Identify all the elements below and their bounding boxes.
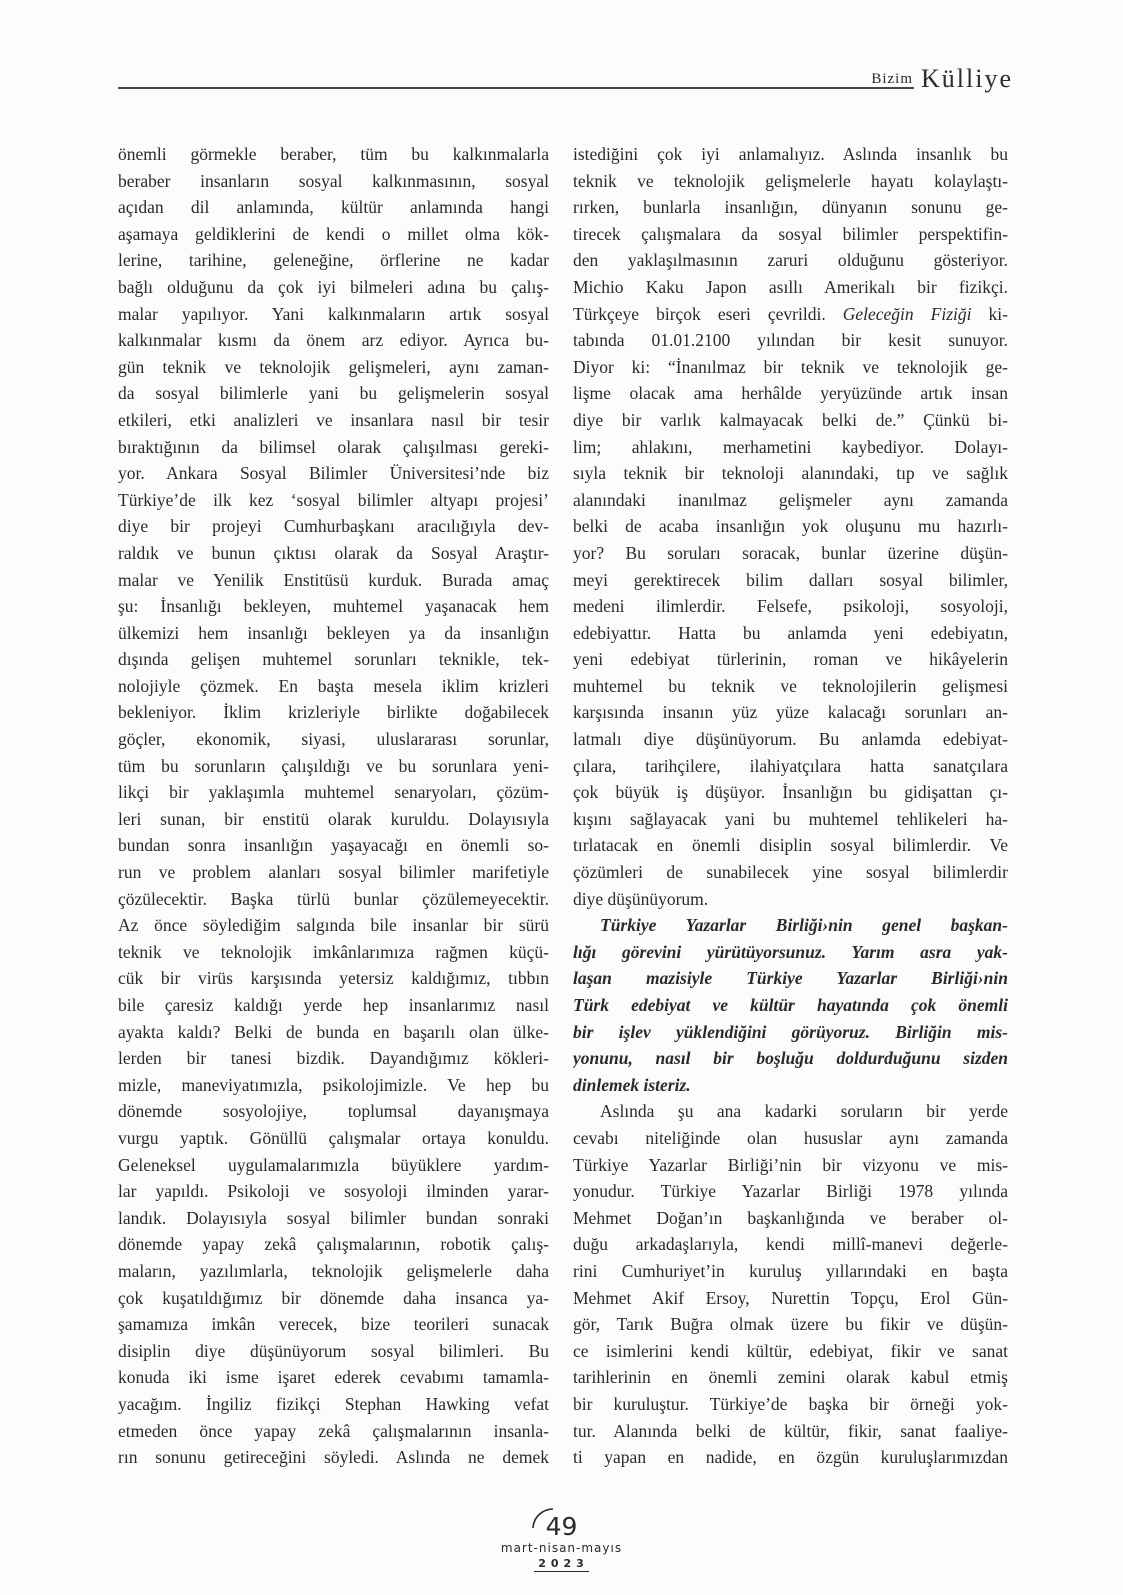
text-line: yor? Bu soruları soracak, bunlar üzerine… — [573, 540, 1008, 567]
text-line: tarihlerinin en önemli zemini olarak kab… — [573, 1364, 1008, 1391]
paragraph-block: Türkiye Yazarlar Birliği›nin genel başka… — [573, 912, 1008, 1098]
text-line: Az önce söylediğim salgında bile insanla… — [118, 912, 549, 939]
text-line: lerden bir tanesi bizdik. Dayandığımız k… — [118, 1045, 549, 1072]
header-rule — [118, 87, 914, 89]
text-line: Mehmet Doğan’ın başkanlığında ve beraber… — [573, 1205, 1008, 1232]
text-line: önemli görmekle beraber, tüm bu kalkınma… — [118, 141, 549, 168]
text-line: edebiyattır. Hatta bu anlamda yeni edebi… — [573, 620, 1008, 647]
text-line: çok kuşatıldığımız bir dönemde daha insa… — [118, 1285, 549, 1312]
paragraph-block: Aslında şu ana kadarki soruların bir yer… — [573, 1098, 1008, 1470]
text-line: yacağım. İngiliz fizikçi Stephan Hawking… — [118, 1391, 549, 1418]
text-line: laşan mazisiyle Türkiye Yazarlar Birliği… — [573, 965, 1008, 992]
text-line: alanındaki inanılmaz gelişmeler aynı zam… — [573, 487, 1008, 514]
text-line: lığı görevini yürütüyorsunuz. Yarım asra… — [573, 939, 1008, 966]
text-line: teknik ve teknolojik gelişmelerle hayatı… — [573, 168, 1008, 195]
text-line: medeni ilimlerdir. Felsefe, psikoloji, s… — [573, 593, 1008, 620]
text-line: Mehmet Akif Ersoy, Nurettin Topçu, Erol … — [573, 1285, 1008, 1312]
text-line: etmeden önce yapay zekâ çalışmalarının i… — [118, 1418, 549, 1445]
text-line: diye düşünüyorum. — [573, 886, 1008, 913]
text-line: yor. Ankara Sosyal Bilimler Üniversitesi… — [118, 460, 549, 487]
text-line: diye bir projeyi Cumhurbaşkanı aracılığı… — [118, 513, 549, 540]
right-column: istediğini çok iyi anlamalıyız. Aslında … — [573, 141, 1008, 1471]
text-line: konuda iki isme işaret ederek cevabımı t… — [118, 1364, 549, 1391]
text-line: bekleniyor. İklim krizleriyle birlikte d… — [118, 699, 549, 726]
issue-year: 2023 — [534, 1557, 589, 1572]
text-line: Diyor ki: “İnanılmaz bir teknik ve tekno… — [573, 354, 1008, 381]
text-line: lar yapıldı. Psikoloji ve sosyoloji ilmi… — [118, 1178, 549, 1205]
text-line: sıyla teknik bir teknoloji alanındaki, t… — [573, 460, 1008, 487]
text-line: Türk edebiyat ve kültür hayatında çok ön… — [573, 992, 1008, 1019]
brand-kulliye-label: Külliye — [921, 64, 1013, 94]
text-line: cevabı niteliğinde olan hususlar aynı za… — [573, 1125, 1008, 1152]
text-line: da sosyal bilimlerle yani bu gelişmeleri… — [118, 380, 549, 407]
text-line: yonudur. Türkiye Yazarlar Birliği 1978 y… — [573, 1178, 1008, 1205]
text-line: den yaklaşılmasının zaruri olduğunu göst… — [573, 247, 1008, 274]
text-line: kışını sağlayacak yani bu muhtemel tehli… — [573, 806, 1008, 833]
text-line: şu: İnsanlığı bekleyen, muhtemel yaşanac… — [118, 593, 549, 620]
text-line: lişme olacak ama herhâlde yeryüzünde art… — [573, 380, 1008, 407]
text-line: ti yapan en nadide, en özgün kuruluşları… — [573, 1444, 1008, 1471]
text-line: çözümleri de sunabilecek yine sosyal bil… — [573, 859, 1008, 886]
text-line: bundan sonra insanlığın yaşayacağı en ön… — [118, 832, 549, 859]
text-line: açıdan dil anlamında, kültür anlamında h… — [118, 194, 549, 221]
text-line: gör, Tarık Buğra olmak üzere bu fikir ve… — [573, 1311, 1008, 1338]
text-line: Geleneksel uygulamalarımızla büyüklere y… — [118, 1152, 549, 1179]
text-line: çok büyük iş düşüyor. İnsanlığın bu gidi… — [573, 779, 1008, 806]
text-line: mizle, maneviyatımızla, psikolojimizle. … — [118, 1072, 549, 1099]
magazine-page: Bizim Külliye önemli görmekle beraber, t… — [0, 0, 1123, 1595]
text-line: diye bir varlık kalmayacak belki de.” Çü… — [573, 407, 1008, 434]
text-line: raldık ve bunun çıktısı olarak da Sosyal… — [118, 540, 549, 567]
text-line: Türkiye Yazarlar Birliği’nin bir vizyonu… — [573, 1152, 1008, 1179]
left-column: önemli görmekle beraber, tüm bu kalkınma… — [118, 141, 549, 1471]
text-line: bir işlev yüklendiğini görüyoruz. Birliğ… — [573, 1019, 1008, 1046]
text-columns: önemli görmekle beraber, tüm bu kalkınma… — [118, 141, 1008, 1471]
text-line: latmalı diye düşünüyorum. Bu anlamda ede… — [573, 726, 1008, 753]
text-line: nolojiyle çözmek. En başta mesela iklim … — [118, 673, 549, 700]
text-line: tur. Alanında belki de kültür, fikir, sa… — [573, 1418, 1008, 1445]
text-line: bağlı olduğunu da çok iyi bilmeleri adın… — [118, 274, 549, 301]
text-line: Michio Kaku Japon asıllı Amerikalı bir f… — [573, 274, 1008, 301]
text-line: bile çaresiz kaldığı yerde hep insanları… — [118, 992, 549, 1019]
text-line: aşamaya geldiklerini de kendi o millet o… — [118, 221, 549, 248]
text-line: meyi gerektirecek bilim dalları sosyal b… — [573, 567, 1008, 594]
text-line: ülkemizi hem insanlığı bekleyen ya da in… — [118, 620, 549, 647]
text-line: teknik ve teknolojik imkânlarımıza rağme… — [118, 939, 549, 966]
text-line: yeni edebiyat türlerinin, roman ve hikây… — [573, 646, 1008, 673]
text-line: bir kuruluştur. Türkiye’de başka bir örn… — [573, 1391, 1008, 1418]
text-line: ayakta kaldı? Belki de bunda en başarılı… — [118, 1019, 549, 1046]
text-line: disiplin diye düşünüyorum sosyal bilimle… — [118, 1338, 549, 1365]
text-line: lim; ahlakını, merhametini kaybediyor. D… — [573, 434, 1008, 461]
text-line: şamamıza imkân verecek, bize teorileri s… — [118, 1311, 549, 1338]
text-line: tüm bu sorunların çalışıldığı ve bu soru… — [118, 753, 549, 780]
text-line: Aslında şu ana kadarki soruların bir yer… — [573, 1098, 1008, 1125]
text-line: leri sunan, bir enstitü olarak kuruldu. … — [118, 806, 549, 833]
text-line: duğu arkadaşlarıyla, kendi millî-manevi … — [573, 1231, 1008, 1258]
brand-bizim-label: Bizim — [871, 71, 913, 88]
text-line: göçler, ekonomik, siyasi, uluslararası s… — [118, 726, 549, 753]
text-line: malar ve Yenilik Enstitüsü kurduk. Burad… — [118, 567, 549, 594]
text-line: çılara, tarihçilere, ilahiyatçılara hatt… — [573, 753, 1008, 780]
paragraph-block: önemli görmekle beraber, tüm bu kalkınma… — [118, 141, 549, 1471]
text-line: Türkiye’de ilk kez ‘sosyal bilimler alty… — [118, 487, 549, 514]
text-line: etkileri, etki analizleri ve insanlara n… — [118, 407, 549, 434]
text-line: dinlemek isteriz. — [573, 1072, 1008, 1099]
text-line: bıraktığının da bilimsel olarak çalışılm… — [118, 434, 549, 461]
text-line: landık. Dolayısıyla sosyal bilimler bund… — [118, 1205, 549, 1232]
text-line: tırlatacak en önemli disiplin sosyal bil… — [573, 832, 1008, 859]
text-line: rini Cumhuriyet’in kuruluş yıllarındaki … — [573, 1258, 1008, 1285]
text-line: dönemde sosyolojiye, toplumsal dayanışma… — [118, 1098, 549, 1125]
text-line: karşısında insanın yüz yüze kalacağı sor… — [573, 699, 1008, 726]
text-line: maların, yazılımlarla, teknolojik gelişm… — [118, 1258, 549, 1285]
text-line: run ve problem alanları sosyal bilimler … — [118, 859, 549, 886]
page-number-block: 49 — [546, 1514, 578, 1539]
text-line: likçi bir yaklaşımla muhtemel senaryolar… — [118, 779, 549, 806]
text-line: tirecek çalışmalara da sosyal bilimler p… — [573, 221, 1008, 248]
text-line: vurgu yaptık. Gönüllü çalışmalar ortaya … — [118, 1125, 549, 1152]
text-line: cük bir virüs karşısında yetersiz kaldığ… — [118, 965, 549, 992]
text-line: tabında 01.01.2100 yılından bir kesit su… — [573, 327, 1008, 354]
text-line: istediğini çok iyi anlamalıyız. Aslında … — [573, 141, 1008, 168]
arc-logo-icon — [532, 1507, 554, 1529]
text-line: belki de acaba insanlığın yok oluşunu mu… — [573, 513, 1008, 540]
text-line: lerine, tarihine, geleneğine, örflerine … — [118, 247, 549, 274]
text-line: Türkçeye birçok eseri çevrildi. Geleceği… — [573, 301, 1008, 328]
text-line: Türkiye Yazarlar Birliği›nin genel başka… — [573, 912, 1008, 939]
text-line: gün teknik ve teknolojik gelişmeleri, ay… — [118, 354, 549, 381]
paragraph-block: istediğini çok iyi anlamalıyız. Aslında … — [573, 141, 1008, 912]
text-line: rırken, bunlarla insanlığın, dünyanın so… — [573, 194, 1008, 221]
text-line: malar yapılıyor. Yani kalkınmaların artı… — [118, 301, 549, 328]
text-line: ce isimlerini kendi kültür, edebiyat, fi… — [573, 1338, 1008, 1365]
issue-months: mart-nisan-mayıs — [501, 1541, 622, 1555]
text-line: yonunu, nasıl bir boşluğu doldurduğunu s… — [573, 1045, 1008, 1072]
text-line: muhtemel bu teknik ve teknolojilerin gel… — [573, 673, 1008, 700]
text-line: kalkınmalar kısmı da önem arz ediyor. Ay… — [118, 327, 549, 354]
text-line: dönemde yapay zekâ çalışmalarının, robot… — [118, 1231, 549, 1258]
text-line: beraber insanların sosyal kalkınmasının,… — [118, 168, 549, 195]
text-line: çözülecektir. Başka türlü bunlar çözülem… — [118, 886, 549, 913]
page-footer: 49 mart-nisan-mayıs 2023 — [0, 1514, 1123, 1572]
text-line: rın sonunu getireceğini söyledi. Aslında… — [118, 1444, 549, 1471]
text-line: dışında gelişen muhtemel sorunları tekni… — [118, 646, 549, 673]
